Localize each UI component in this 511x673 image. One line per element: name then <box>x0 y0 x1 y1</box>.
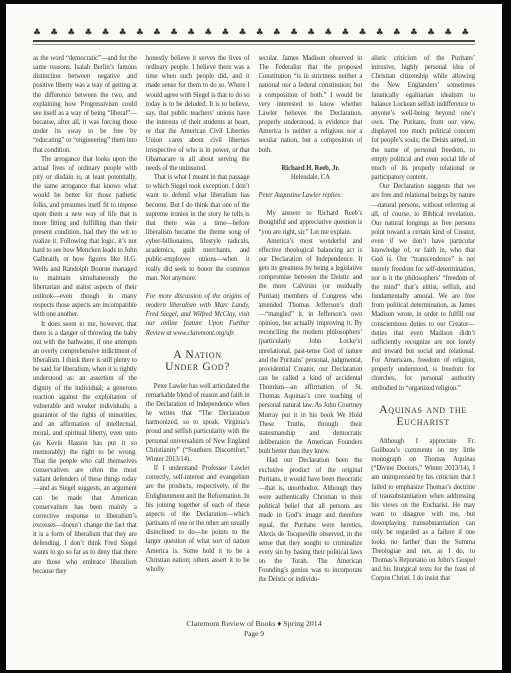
body-paragraph: My answer to Richard Reeb’s thoughtful a… <box>259 209 363 236</box>
letter-signature-place: Helendale, CA <box>259 173 363 182</box>
body-paragraph: That is what I meant in that passage to … <box>146 173 250 283</box>
section-heading: Aquinas and the Eucharist <box>371 404 475 429</box>
text-column-2: honestly believe it serves the lives of … <box>146 54 250 612</box>
text-column-1: as the word “democratic”—and for the sam… <box>33 54 137 612</box>
body-paragraph: America’s most wonderful and effective t… <box>259 237 363 457</box>
body-paragraph: The arrogance that looks upon the actual… <box>33 155 137 320</box>
body-paragraph: Peter Lawler has well articulated the re… <box>146 382 250 464</box>
body-paragraph: It does seem to me, however, that there … <box>33 320 137 576</box>
letter-signature-name: Richard H. Reeb, Jr. <box>259 164 363 173</box>
ornament-border: ♣ ♣ ♣ ♣ ♣ ♣ ♣ ♣ ♣ ♣ ♣ ♣ ♣ ♣ ♣ ♣ ♣ ♣ ♣ ♣ … <box>33 28 475 38</box>
text-columns: as the word “democratic”—and for the sam… <box>33 54 475 612</box>
footer-publication-line: Claremont Review of Books ♦ Spring 2014 <box>33 619 475 629</box>
body-paragraph: Although I appreciate Fr. Guilbeau’s com… <box>371 437 475 584</box>
body-paragraph-continued: honestly believe it serves the lives of … <box>146 54 250 173</box>
reply-byline: Peter Augustine Lawler replies: <box>259 191 363 200</box>
page-footer: Claremont Review of Books ♦ Spring 2014 … <box>33 619 475 639</box>
body-paragraph: Had our Declaration been the exclusive p… <box>259 456 363 584</box>
body-paragraph-continued: alistic criticism of the Puritans’ intru… <box>371 54 475 182</box>
body-paragraph: Our Declaration suggests that we are fre… <box>371 182 475 393</box>
text-column-3: secular. James Madison observed in The F… <box>259 54 363 612</box>
body-paragraph: If I understand Professor Lawler correct… <box>146 464 250 574</box>
text-column-4: alistic criticism of the Puritans’ intru… <box>371 54 475 612</box>
body-paragraph-continued: secular. James Madison observed in The F… <box>259 54 363 155</box>
section-heading: A Nation Under God? <box>146 349 250 374</box>
editorial-note: For more discussion of the origins of mo… <box>146 292 250 338</box>
double-rule-divider <box>33 40 475 45</box>
page-content: ♣ ♣ ♣ ♣ ♣ ♣ ♣ ♣ ♣ ♣ ♣ ♣ ♣ ♣ ♣ ♣ ♣ ♣ ♣ ♣ … <box>33 4 475 639</box>
magazine-page: ♣ ♣ ♣ ♣ ♣ ♣ ♣ ♣ ♣ ♣ ♣ ♣ ♣ ♣ ♣ ♣ ♣ ♣ ♣ ♣ … <box>6 4 502 670</box>
footer-page-number: Page 9 <box>33 629 475 639</box>
body-paragraph-continued: as the word “democratic”—and for the sam… <box>33 54 137 155</box>
